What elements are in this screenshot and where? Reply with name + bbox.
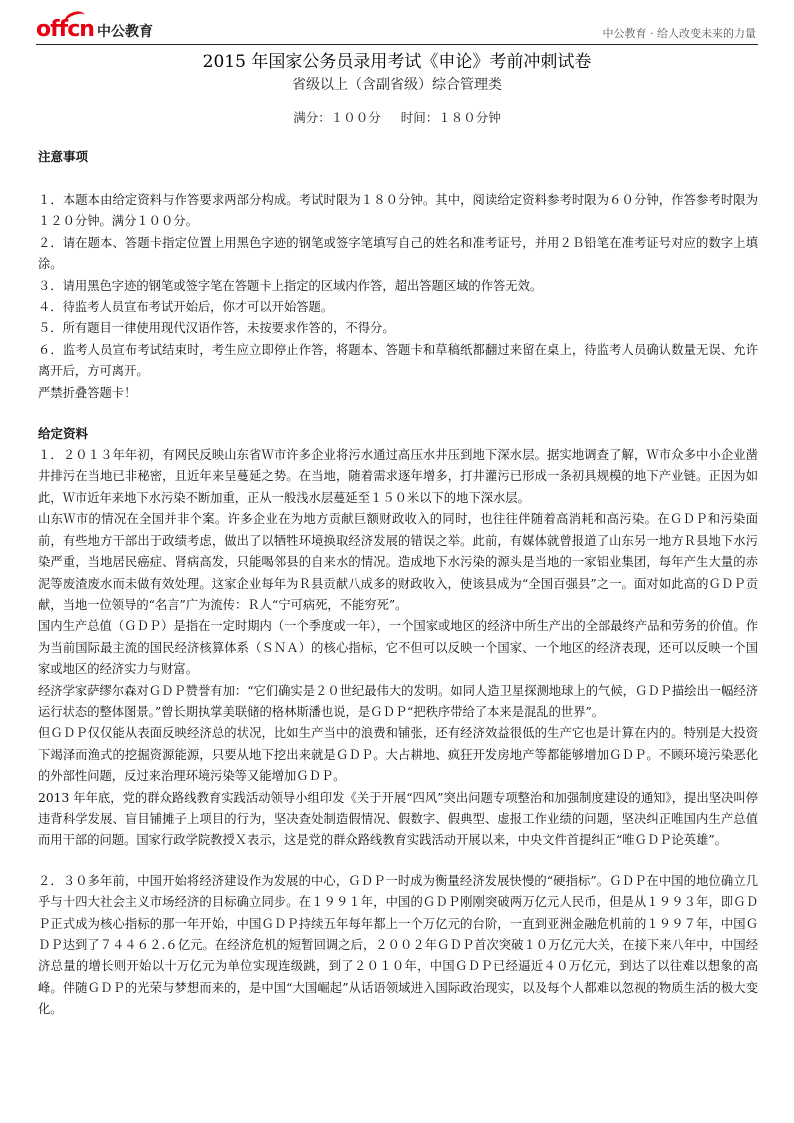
material-paragraph: ２．３０多年前，中国开始将经济建设作为发展的中心，ＧＤＰ一时成为衡量经济发展快慢… bbox=[38, 871, 758, 1021]
header-slogan: 中公教育 · 给人改变未来的力量 bbox=[603, 25, 757, 41]
notice-heading: 注意事项 bbox=[38, 146, 758, 168]
material-heading: 给定资料 bbox=[38, 423, 758, 445]
notice-item: ６．监考人员宣布考试结束时，考生应立即停止作答，将题本、答题卡和草稿纸都翻过来留… bbox=[38, 340, 758, 383]
notice-warning: 严禁折叠答题卡！ bbox=[38, 383, 758, 404]
material-paragraph: 山东Ｗ市的情况在全国并非个案。许多企业在为地方贡献巨额财政收入的同时，也往往伴随… bbox=[38, 509, 758, 616]
document-subtitle: 省级以上（含副省级）综合管理类 bbox=[0, 74, 794, 96]
exam-time: 时间：１８０分钟 bbox=[401, 110, 501, 125]
spacer bbox=[38, 852, 758, 871]
material-paragraph: １．２０１３年年初，有网民反映山东省Ｗ市许多企业将污水通过高压水井压到地下深水层… bbox=[38, 445, 758, 509]
logo-mark: offcn bbox=[36, 18, 94, 42]
logo-text: 中公教育 bbox=[97, 22, 153, 42]
notice-item: ３．请用黑色字迹的钢笔或签字笔在答题卡上指定的区域内作答，超出答题区域的作答无效… bbox=[38, 276, 758, 297]
notice-item: ２．请在题本、答题卡指定位置上用黑色字迹的钢笔或签字笔填写自己的姓名和准考证号，… bbox=[38, 233, 758, 276]
offcn-logo: offcn 中公教育 bbox=[36, 12, 153, 42]
document-title: 2015 年国家公务员录用考试《申论》考前冲刺试卷 bbox=[0, 50, 794, 74]
notice-item: ５．所有题目一律使用现代汉语作答，未按要求作答的，不得分。 bbox=[38, 318, 758, 339]
spacer bbox=[38, 404, 758, 423]
title-block: 2015 年国家公务员录用考试《申论》考前冲刺试卷 省级以上（含副省级）综合管理… bbox=[0, 50, 794, 128]
spacer bbox=[38, 168, 758, 190]
material-paragraph: 但ＧＤＰ仅仅能从表面反映经济总的状况，比如生产当中的浪费和铺张，还有经济效益很低… bbox=[38, 723, 758, 787]
material-paragraph: 经济学家萨缪尔森对ＧＤＰ赞誉有加：“它们确实是２０世纪最伟大的发明。如同人造卫星… bbox=[38, 681, 758, 724]
score-time-line: 满分：１００分 时间：１８０分钟 bbox=[0, 108, 794, 128]
notice-item: １．本题本由给定资料与作答要求两部分构成。考试时限为１８０分钟。其中，阅读给定资… bbox=[38, 190, 758, 233]
material-paragraph: 国内生产总值（ＧＤＰ）是指在一定时期内（一个季度或一年），一个国家或地区的经济中… bbox=[38, 616, 758, 680]
notice-item: ４．待监考人员宣布考试开始后，你才可以开始答题。 bbox=[38, 297, 758, 318]
full-score: 满分：１００分 bbox=[293, 110, 381, 125]
material-paragraph: 2013 年年底，党的群众路线教育实践活动领导小组印发《关于开展“四风”突出问题… bbox=[38, 788, 758, 852]
document-body: 注意事项 １．本题本由给定资料与作答要求两部分构成。考试时限为１８０分钟。其中，… bbox=[38, 146, 758, 1021]
page-header: offcn 中公教育 中公教育 · 给人改变未来的力量 bbox=[36, 12, 758, 45]
